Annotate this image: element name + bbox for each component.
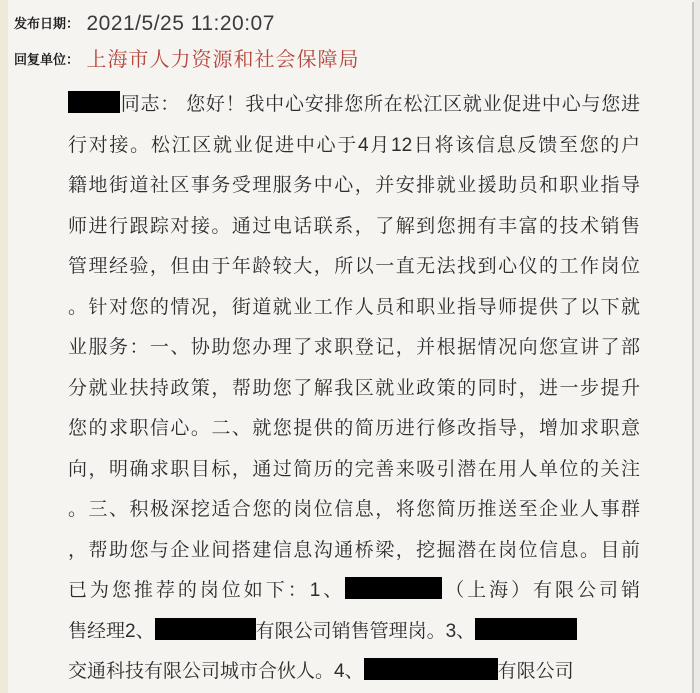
body-text-segment: 有限公司销售管理岗。3、 [256, 621, 476, 642]
body-text-segment: 分就业扶持政策，帮助您了解我区就业政策的同时，进一步提升 [68, 378, 640, 399]
body-line: 分就业扶持政策，帮助您了解我区就业政策的同时，进一步提升 [68, 369, 640, 410]
body-line: 师进行跟踪对接。通过电话联系，了解到您拥有丰富的技术销售 [68, 207, 640, 248]
body-text-segment: 业服务：一、协助您办理了求职登记，并根据情况向您宣讲了部 [68, 337, 640, 358]
reply-unit-row: 回复单位： 上海市人力资源和社会保障局 [14, 43, 359, 72]
body-line: 。针对您的情况，街道就业工作人员和职业指导师提供了以下就 [68, 288, 640, 329]
body-text-segment: 籍地街道社区事务受理服务中心，并安排就业援助员和职业指导 [68, 175, 640, 196]
publish-date-label: 发布日期： [14, 13, 79, 32]
document-page: 发布日期： 2021/5/25 11:20:07 回复单位： 上海市人力资源和社… [0, 0, 700, 693]
body-line: 籍地街道社区事务受理服务中心，并安排就业援助员和职业指导 [68, 166, 640, 207]
body-text-segment: 同志： 您好！我中心安排您所在松江区就业促进中心与您进 [120, 94, 640, 115]
reply-unit-value: 上海市人力资源和社会保障局 [86, 43, 359, 72]
redaction-block [155, 618, 256, 640]
body-line: 售经理2、有限公司销售管理岗。3、 [68, 612, 640, 653]
body-text-segment: 行对接。松江区就业促进中心于4月12日将该信息反馈至您的户 [68, 135, 640, 156]
redaction-block [475, 618, 577, 640]
body-text-segment: 售经理2、 [68, 621, 155, 642]
body-text-segment: 交通科技有限公司城市合伙人。4、 [68, 661, 364, 682]
body-line: 交通科技有限公司城市合伙人。4、有限公司 [68, 652, 640, 693]
page-right-border [692, 2, 694, 693]
body-text-segment: 管理经验，但由于年龄较大，所以一直无法找到心仪的工作岗位 [68, 256, 640, 277]
body-text-segment: 已为您推荐的岗位如下：1、 [68, 580, 345, 601]
body-text-segment: 有限公司 [498, 661, 574, 682]
body-line: 已为您推荐的岗位如下：1、（上海）有限公司销 [68, 571, 640, 612]
body-text-segment: 。针对您的情况，街道就业工作人员和职业指导师提供了以下就 [68, 297, 640, 318]
document-body: 同志： 您好！我中心安排您所在松江区就业促进中心与您进行对接。松江区就业促进中心… [68, 85, 640, 693]
body-text-segment: 。三、积极深挖适合您的岗位信息，将您简历推送至企业人事群 [68, 499, 640, 520]
publish-date-value: 2021/5/25 11:20:07 [86, 12, 274, 36]
body-line: 管理经验，但由于年龄较大，所以一直无法找到心仪的工作岗位 [68, 247, 640, 288]
body-line: ，帮助您与企业间搭建信息沟通桥梁，挖掘潜在岗位信息。目前 [68, 531, 640, 572]
body-text-segment: （上海）有限公司销 [442, 580, 640, 601]
body-line: 。三、积极深挖适合您的岗位信息，将您简历推送至企业人事群 [68, 490, 640, 531]
body-line: 业服务：一、协助您办理了求职登记，并根据情况向您宣讲了部 [68, 328, 640, 369]
publish-date-row: 发布日期： 2021/5/25 11:20:07 [14, 12, 359, 36]
body-line: 向，明确求职目标，通过简历的完善来吸引潜在用人单位的关注 [68, 450, 640, 491]
document-header: 发布日期： 2021/5/25 11:20:07 回复单位： 上海市人力资源和社… [14, 12, 359, 79]
body-text-segment: 师进行跟踪对接。通过电话联系，了解到您拥有丰富的技术销售 [68, 216, 640, 237]
body-text-segment: 您的求职信心。二、就您提供的简历进行修改指导，增加求职意 [68, 418, 640, 439]
redaction-block [364, 658, 498, 680]
reply-unit-label: 回复单位： [14, 49, 79, 68]
page-right-edge [694, 0, 700, 693]
redaction-block [68, 91, 120, 113]
redaction-block [345, 577, 442, 599]
body-line: 您的求职信心。二、就您提供的简历进行修改指导，增加求职意 [68, 409, 640, 450]
page-left-edge [0, 0, 8, 693]
body-text-segment: 向，明确求职目标，通过简历的完善来吸引潜在用人单位的关注 [68, 459, 640, 480]
body-line: 同志： 您好！我中心安排您所在松江区就业促进中心与您进 [68, 85, 640, 126]
body-line: 行对接。松江区就业促进中心于4月12日将该信息反馈至您的户 [68, 126, 640, 167]
body-text-segment: ，帮助您与企业间搭建信息沟通桥梁，挖掘潜在岗位信息。目前 [68, 540, 640, 561]
